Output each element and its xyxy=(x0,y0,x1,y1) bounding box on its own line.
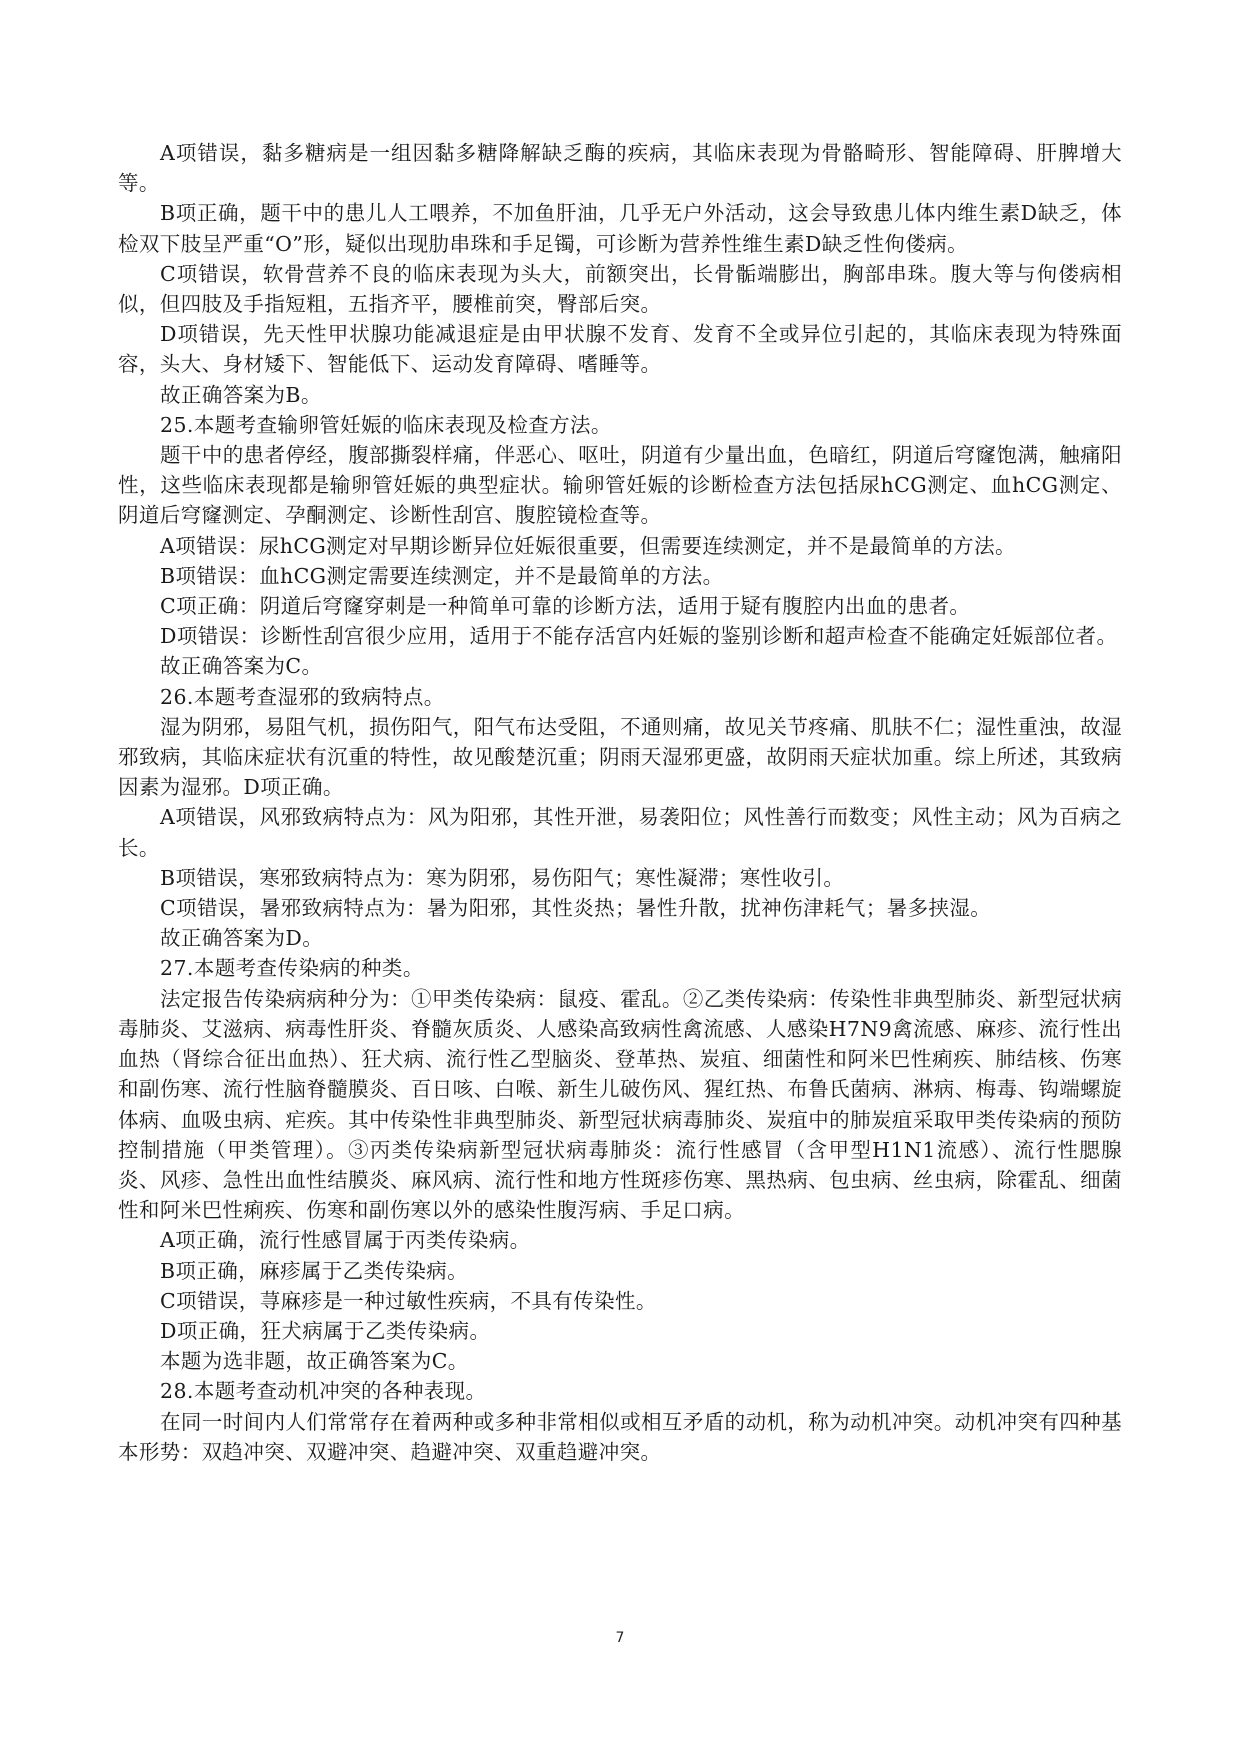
question-26-explanation: 湿为阴邪，易阻气机，损伤阳气，阳气布达受阻，不通则痛，故见关节疼痛、肌肤不仁；湿… xyxy=(118,712,1122,803)
document-body: A项错误，黏多糖病是一组因黏多糖降解缺乏酶的疾病，其临床表现为骨骼畸形、智能障碍… xyxy=(118,138,1122,1467)
page-number: 7 xyxy=(0,1630,1240,1646)
question-28-explanation: 在同一时间内人们常常存在着两种或多种非常相似或相互矛盾的动机，称为动机冲突。动机… xyxy=(118,1407,1122,1467)
question-25-option-c: C项正确：阴道后穹窿穿刺是一种简单可靠的诊断方法，适用于疑有腹腔内出血的患者。 xyxy=(118,591,1122,621)
question-27-option-d: D项正确，狂犬病属于乙类传染病。 xyxy=(118,1316,1122,1346)
answer-q25: 故正确答案为C。 xyxy=(118,651,1122,681)
question-27-option-a: A项正确，流行性感冒属于丙类传染病。 xyxy=(118,1225,1122,1255)
question-27-heading: 27.本题考查传染病的种类。 xyxy=(118,953,1122,983)
question-27-option-b: B项正确，麻疹属于乙类传染病。 xyxy=(118,1256,1122,1286)
question-25-option-a: A项错误：尿hCG测定对早期诊断异位妊娠很重要，但需要连续测定，并不是最简单的方… xyxy=(118,531,1122,561)
question-27-option-c: C项错误，荨麻疹是一种过敏性疾病，不具有传染性。 xyxy=(118,1286,1122,1316)
paragraph-option-d-hypothyroidism: D项错误，先天性甲状腺功能减退症是由甲状腺不发育、发育不全或异位引起的，其临床表… xyxy=(118,319,1122,379)
question-28-heading: 28.本题考查动机冲突的各种表现。 xyxy=(118,1376,1122,1406)
question-25-option-d: D项错误：诊断性刮宫很少应用，适用于不能存活宫内妊娠的鉴别诊断和超声检查不能确定… xyxy=(118,621,1122,651)
question-26-heading: 26.本题考查湿邪的致病特点。 xyxy=(118,682,1122,712)
question-26-option-b: B项错误，寒邪致病特点为：寒为阴邪，易伤阳气；寒性凝滞；寒性收引。 xyxy=(118,863,1122,893)
paragraph-option-c-achondroplasia: C项错误，软骨营养不良的临床表现为头大，前额突出，长骨骺端膨出，胸部串珠。腹大等… xyxy=(118,259,1122,319)
question-26-option-a: A项错误，风邪致病特点为：风为阳邪，其性开泄，易袭阳位；风性善行而数变；风性主动… xyxy=(118,802,1122,862)
answer-q24: 故正确答案为B。 xyxy=(118,380,1122,410)
question-25-explanation: 题干中的患者停经，腹部撕裂样痛，伴恶心、呕吐，阴道有少量出血，色暗红，阴道后穹窿… xyxy=(118,440,1122,531)
question-25-heading: 25.本题考查输卵管妊娠的临床表现及检查方法。 xyxy=(118,410,1122,440)
paragraph-option-a-mucopolysaccharidosis: A项错误，黏多糖病是一组因黏多糖降解缺乏酶的疾病，其临床表现为骨骼畸形、智能障碍… xyxy=(118,138,1122,198)
paragraph-option-b-rickets: B项正确，题干中的患儿人工喂养，不加鱼肝油，几乎无户外活动，这会导致患儿体内维生… xyxy=(118,198,1122,258)
answer-q26: 故正确答案为D。 xyxy=(118,923,1122,953)
answer-q27: 本题为选非题，故正确答案为C。 xyxy=(118,1346,1122,1376)
question-26-option-c: C项错误，暑邪致病特点为：暑为阳邪，其性炎热；暑性升散，扰神伤津耗气；暑多挟湿。 xyxy=(118,893,1122,923)
question-27-explanation: 法定报告传染病病种分为：①甲类传染病：鼠疫、霍乱。②乙类传染病：传染性非典型肺炎… xyxy=(118,984,1122,1226)
question-25-option-b: B项错误：血hCG测定需要连续测定，并不是最简单的方法。 xyxy=(118,561,1122,591)
